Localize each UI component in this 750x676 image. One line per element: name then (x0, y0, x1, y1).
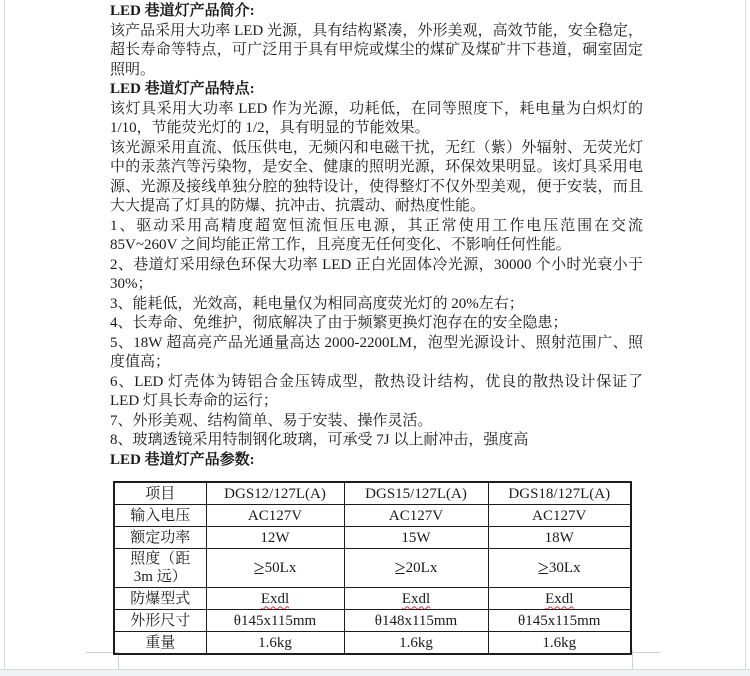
table-row: 额定功率 12W 15W 18W (114, 527, 631, 549)
table-cell: AC127V (206, 505, 344, 527)
row-label: 防爆型式 (114, 588, 206, 610)
table-cell: Exdl (344, 588, 488, 610)
table-row: 防爆型式 Exdl Exdl Exdl (114, 588, 631, 610)
page-border-left (4, 0, 5, 669)
feature-item: 5、18W 超高亮产品光通量高达 2000-2200LM，泡型光源设计、照射范围… (110, 334, 643, 373)
spellchecked-text: Exdl (402, 591, 430, 607)
table-cell: Exdl (206, 588, 344, 610)
row-label: 额定功率 (114, 527, 206, 549)
table-cell: ≥50Lx (206, 549, 344, 588)
row-label: 重量 (114, 632, 206, 655)
row-label: 输入电压 (114, 505, 206, 527)
table-cell: Exdl (488, 588, 631, 610)
feature-item: 6、LED 灯壳体为铸铝合金压铸成型，散热设计结构，优良的散热设计保证了 LED… (110, 373, 643, 412)
table-header-cell: DGS18/127L(A) (488, 482, 631, 505)
table-cell: θ145x115mm (206, 610, 344, 632)
row-label: 照度（距 3m 远） (114, 549, 206, 588)
page-border-right (745, 0, 746, 669)
table-cell: θ148x115mm (344, 610, 488, 632)
table-cell: ≥30Lx (488, 549, 631, 588)
feature-item: 2、巷道灯采用绿色环保大功率 LED 正白光固体冷光源，30000 个小时光衰小… (110, 256, 643, 295)
section-heading-intro: LED 巷道灯产品简介: (110, 2, 643, 22)
page-gap-strip (0, 669, 750, 676)
table-cell: 12W (206, 527, 344, 549)
document-content: LED 巷道灯产品简介: 该产品采用大功率 LED 光源，具有结构紧凑，外形美观… (110, 2, 643, 655)
table-cell: AC127V (488, 505, 631, 527)
table-header-cell: DGS12/127L(A) (206, 482, 344, 505)
table-cell: 18W (488, 527, 631, 549)
table-header-cell: 项目 (114, 482, 206, 505)
table-cell: 1.6kg (206, 632, 344, 655)
table-row: 照度（距 3m 远） ≥50Lx ≥20Lx ≥30Lx (114, 549, 631, 588)
document-page: LED 巷道灯产品简介: 该产品采用大功率 LED 光源，具有结构紧凑，外形美观… (0, 0, 750, 676)
feature-item: 8、玻璃透镜采用特制钢化玻璃，可承受 7J 以上耐冲击，强度高 (110, 431, 643, 451)
feature-item: 3、能耗低，光效高，耗电量仅为相同高度荧光灯的 20%左右； (110, 295, 643, 315)
params-table: 项目 DGS12/127L(A) DGS15/127L(A) DGS18/127… (113, 481, 632, 655)
row-label: 外形尺寸 (114, 610, 206, 632)
intro-paragraph: 该产品采用大功率 LED 光源，具有结构紧凑，外形美观，高效节能，安全稳定，超长… (110, 22, 643, 81)
table-cell: AC127V (344, 505, 488, 527)
table-cell: ≥20Lx (344, 549, 488, 588)
table-cell: 1.6kg (488, 632, 631, 655)
section-heading-params: LED 巷道灯产品参数: (110, 451, 643, 471)
table-cell: θ145x115mm (488, 610, 631, 632)
section-heading-features: LED 巷道灯产品特点: (110, 80, 643, 100)
feature-item: 1、驱动采用高精度超宽恒流恒压电源，其正常使用工作电压范围在交流 85V~260… (110, 217, 643, 256)
table-row: 重量 1.6kg 1.6kg 1.6kg (114, 632, 631, 655)
table-row: 外形尺寸 θ145x115mm θ148x115mm θ145x115mm (114, 610, 631, 632)
features-paragraph: 该光源采用直流、低压供电，无频闪和电磁干扰，无红（紫）外辐射、无荧光灯中的汞蒸汽… (110, 139, 643, 217)
spellchecked-text: Exdl (545, 591, 573, 607)
table-header-row: 项目 DGS12/127L(A) DGS15/127L(A) DGS18/127… (114, 482, 631, 505)
table-cell: 15W (344, 527, 488, 549)
spellchecked-text: Exdl (261, 591, 289, 607)
table-row: 输入电压 AC127V AC127V AC127V (114, 505, 631, 527)
features-paragraph: 该灯具采用大功率 LED 作为光源，功耗低，在同等照度下，耗电量为白炽灯的 1/… (110, 100, 643, 139)
table-cell: 1.6kg (344, 632, 488, 655)
table-header-cell: DGS15/127L(A) (344, 482, 488, 505)
feature-item: 4、长寿命、免维护，彻底解决了由于频繁更换灯泡存在的安全隐患； (110, 314, 643, 334)
feature-item: 7、外形美观、结构简单、易于安装、操作灵活。 (110, 412, 643, 432)
